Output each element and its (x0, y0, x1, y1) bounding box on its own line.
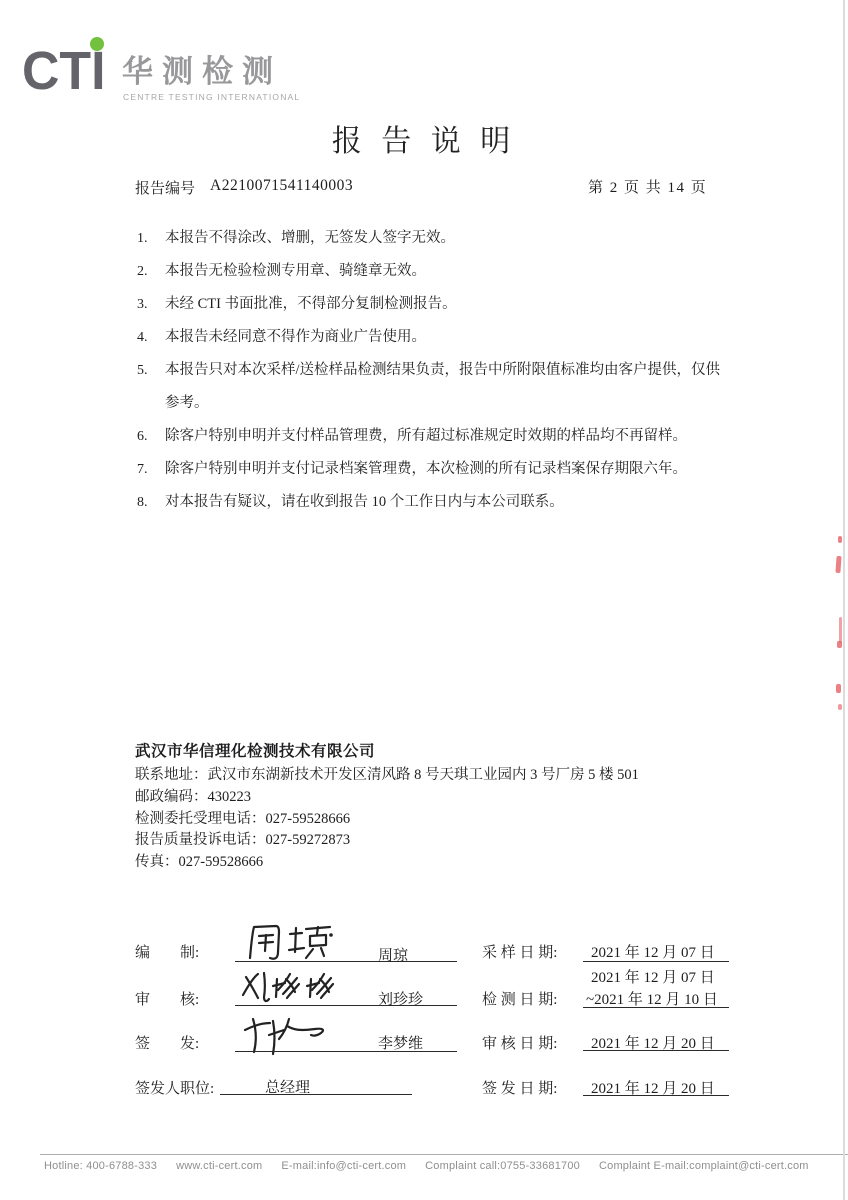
report-number-label: 报告编号 (135, 177, 195, 198)
testing-date-label: 检 测 日 期: (482, 988, 557, 1009)
note-item: 2. 本报告无检验检测专用章、骑缝章无效。 (137, 255, 753, 288)
note-number: 5. (137, 354, 165, 420)
maker-signature-line (235, 961, 457, 962)
issuer-label: 签 发: (135, 1032, 199, 1053)
note-number: 4. (137, 321, 165, 354)
cti-logo: CTI 华测检测 CENTRE TESTING INTERNATIONAL (22, 36, 322, 106)
note-item: 1. 本报告不得涂改、增删，无签发人签字无效。 (137, 222, 753, 255)
note-item: 6. 除客户特别申明并支付样品管理费，所有超过标准规定时效期的样品均不再留样。 (137, 420, 753, 453)
cti-acronym: CTI (22, 44, 106, 98)
notes-list: 1. 本报告不得涂改、增删，无签发人签字无效。 2. 本报告无检验检测专用章、骑… (137, 222, 753, 519)
note-text: 除客户特别申明并支付样品管理费，所有超过标准规定时效期的样品均不再留样。 (165, 420, 687, 453)
footer-website: www.cti-cert.com (176, 1160, 262, 1172)
note-number: 2. (137, 255, 165, 288)
testing-date-line (583, 1007, 729, 1008)
issuer-printed-name: 李梦维 (378, 1032, 423, 1053)
footer-email: E-mail:info@cti-cert.com (281, 1160, 406, 1172)
note-number: 6. (137, 420, 165, 453)
company-postcode: 邮政编码：430223 (135, 787, 639, 809)
logo-green-dot-icon (90, 37, 104, 51)
seal-fragment-mark (836, 684, 841, 693)
note-text: 本报告只对本次采样/送检样品检测结果负责，报告中所附限值标准均由客户提供，仅供 … (165, 354, 720, 420)
seal-fragment-mark (837, 641, 842, 648)
sampling-date-line (583, 961, 729, 962)
seal-fragment-mark (835, 556, 841, 573)
seal-fragment-mark (838, 536, 842, 543)
note-number: 7. (137, 453, 165, 486)
footer-complaint-email: Complaint E-mail:complaint@cti-cert.com (599, 1160, 809, 1172)
note-text: 未经 CTI 书面批准，不得部分复制检测报告。 (165, 288, 457, 321)
company-address: 联系地址：武汉市东湖新技术开发区清风路 8 号天琪工业园内 3 号厂房 5 楼 … (135, 765, 639, 787)
issue-date-label: 签 发 日 期: (482, 1077, 557, 1098)
issuer-position-line (220, 1094, 412, 1095)
review-date-line (583, 1050, 729, 1051)
company-accept-phone: 检测委托受理电话：027-59528666 (135, 809, 639, 831)
note-number: 1. (137, 222, 165, 255)
note-text: 对本报告有疑议，请在收到报告 10 个工作日内与本公司联系。 (165, 486, 564, 519)
reviewer-label: 审 核: (135, 988, 199, 1009)
logo-english-name: CENTRE TESTING INTERNATIONAL (123, 92, 300, 102)
company-fax: 传真：027-59528666 (135, 852, 639, 874)
review-date-label: 审 核 日 期: (482, 1032, 557, 1053)
footer-divider (40, 1154, 848, 1155)
footer: Hotline: 400-6788-333 www.cti-cert.com E… (44, 1160, 809, 1172)
note-text: 除客户特别申明并支付记录档案管理费，本次检测的所有记录档案保存期限六年。 (165, 453, 687, 486)
page-title: 报 告 说 明 (0, 116, 848, 160)
report-number-value: A2210071541140003 (210, 177, 353, 195)
scan-edge-line (843, 0, 845, 1200)
note-item: 4. 本报告未经同意不得作为商业广告使用。 (137, 321, 753, 354)
testing-date-start-value: 2021 年 12 月 07 日 (591, 966, 715, 987)
maker-label: 编 制: (135, 941, 199, 962)
sampling-date-value: 2021 年 12 月 07 日 (591, 941, 715, 962)
note-item: 3. 未经 CTI 书面批准，不得部分复制检测报告。 (137, 288, 753, 321)
note-number: 3. (137, 288, 165, 321)
note-number: 8. (137, 486, 165, 519)
note-item: 7. 除客户特别申明并支付记录档案管理费，本次检测的所有记录档案保存期限六年。 (137, 453, 753, 486)
issuer-position-label: 签发人职位: (135, 1077, 214, 1098)
note-item: 8. 对本报告有疑议，请在收到报告 10 个工作日内与本公司联系。 (137, 486, 753, 519)
footer-hotline: Hotline: 400-6788-333 (44, 1160, 157, 1172)
note-text: 本报告无检验检测专用章、骑缝章无效。 (165, 255, 426, 288)
logo-chinese-name: 华测检测 (122, 56, 282, 87)
footer-complaint-call: Complaint call:0755-33681700 (425, 1160, 580, 1172)
page-indicator: 第 2 页 共 14 页 (588, 176, 707, 197)
company-name: 武汉市华信理化检测技术有限公司 (135, 739, 639, 765)
testing-date-end-value: ~2021 年 12 月 10 日 (586, 988, 718, 1009)
note-item: 5. 本报告只对本次采样/送检样品检测结果负责，报告中所附限值标准均由客户提供，… (137, 354, 753, 420)
report-notes-page: CTI 华测检测 CENTRE TESTING INTERNATIONAL 报 … (0, 0, 848, 1200)
sampling-date-label: 采 样 日 期: (482, 941, 557, 962)
company-info: 武汉市华信理化检测技术有限公司 联系地址：武汉市东湖新技术开发区清风路 8 号天… (135, 739, 639, 874)
note-text: 本报告不得涂改、增删，无签发人签字无效。 (165, 222, 455, 255)
reviewer-signature (237, 966, 342, 1008)
issue-date-line (583, 1095, 729, 1096)
reviewer-signature-line (235, 1005, 457, 1006)
company-complaint-phone: 报告质量投诉电话：027-59272873 (135, 830, 639, 852)
seal-fragment-mark (839, 617, 842, 643)
issuer-signature-line (235, 1051, 457, 1052)
maker-signature (240, 921, 335, 963)
note-text: 本报告未经同意不得作为商业广告使用。 (165, 321, 426, 354)
seal-fragment-mark (838, 704, 842, 710)
